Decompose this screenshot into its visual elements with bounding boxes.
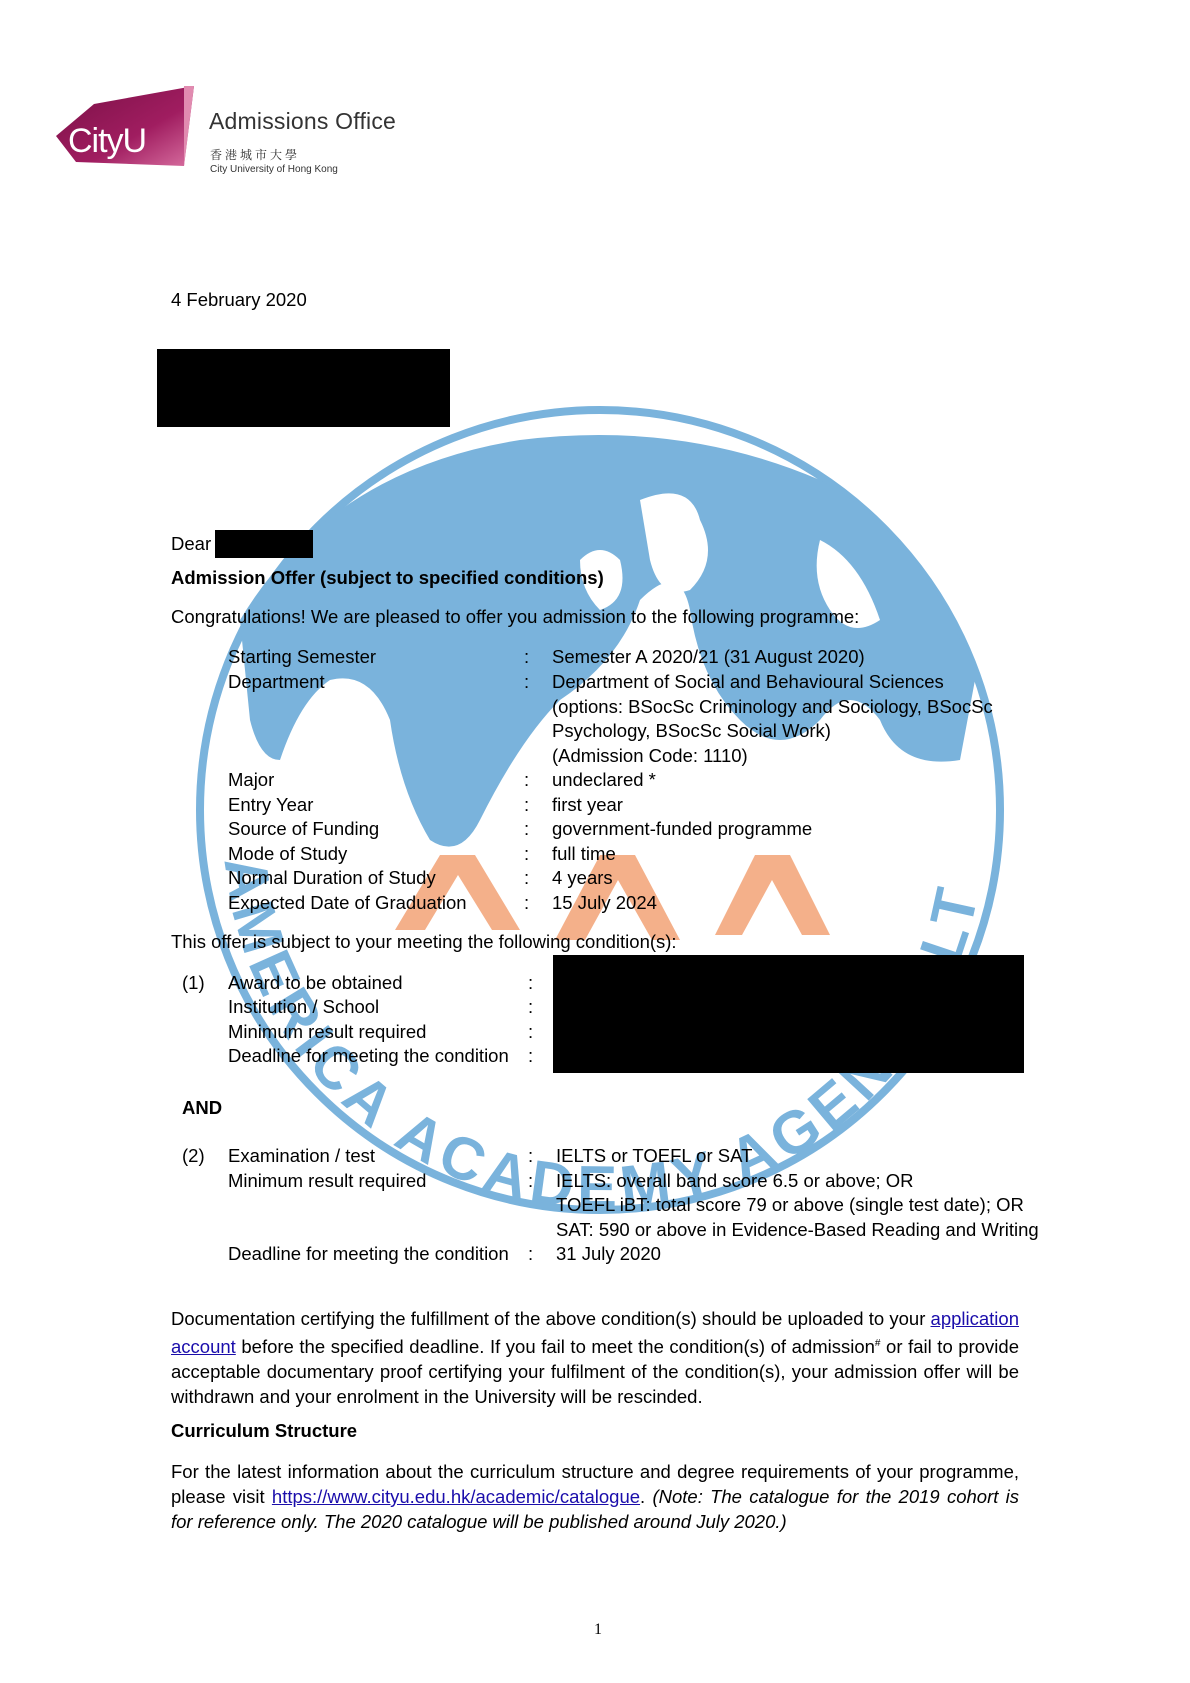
colon: : <box>528 1045 533 1067</box>
condition-label: Examination / test <box>228 1145 375 1167</box>
colon: : <box>524 671 529 693</box>
colon: : <box>528 1021 533 1043</box>
offer-subject: Admission Offer (subject to specified co… <box>171 567 604 589</box>
colon: : <box>528 1243 533 1265</box>
programme-value: 4 years <box>552 867 613 889</box>
redacted-address <box>157 349 450 427</box>
condition-label: Minimum result required <box>228 1170 426 1192</box>
condition-value: IELTS or TOEFL or SAT <box>556 1145 752 1167</box>
programme-value: government-funded programme <box>552 818 812 840</box>
programme-label: Source of Funding <box>228 818 379 840</box>
redacted-condition-values <box>553 955 1024 1073</box>
conditions-intro: This offer is subject to your meeting th… <box>171 931 677 953</box>
programme-label: Starting Semester <box>228 646 376 668</box>
programme-value: undeclared * <box>552 769 656 791</box>
letter-body: 4 February 2020 Dear Admission Offer (su… <box>0 0 1190 1683</box>
colon: : <box>528 972 533 994</box>
offer-intro: Congratulations! We are pleased to offer… <box>171 606 859 628</box>
programme-value: first year <box>552 794 623 816</box>
colon: : <box>524 892 529 914</box>
programme-value: (options: BSocSc Criminology and Sociolo… <box>552 696 993 718</box>
condition-value: IELTS: overall band score 6.5 or above; … <box>556 1170 914 1192</box>
programme-value: Department of Social and Behavioural Sci… <box>552 671 944 693</box>
condition-label: Award to be obtained <box>228 972 403 994</box>
programme-label: Normal Duration of Study <box>228 867 436 889</box>
colon: : <box>528 1170 533 1192</box>
programme-value: Semester A 2020/21 (31 August 2020) <box>552 646 865 668</box>
programme-value: full time <box>552 843 616 865</box>
documentation-text: before the specified deadline. If you fa… <box>236 1336 875 1357</box>
documentation-paragraph: Documentation certifying the fulfillment… <box>171 1306 1019 1409</box>
programme-value: Psychology, BSocSc Social Work) <box>552 720 831 742</box>
and-label: AND <box>182 1097 222 1119</box>
salutation: Dear <box>171 533 211 555</box>
programme-label: Mode of Study <box>228 843 347 865</box>
curriculum-text: . <box>640 1486 652 1507</box>
colon: : <box>528 1145 533 1167</box>
letter-page: AMERICA ACADEMY AGENCY LTD. CityU Admiss… <box>0 0 1190 1683</box>
documentation-text: Documentation certifying the fulfillment… <box>171 1308 931 1329</box>
condition-value: TOEFL iBT: total score 79 or above (sing… <box>556 1194 1024 1216</box>
programme-label: Entry Year <box>228 794 313 816</box>
letter-date: 4 February 2020 <box>171 289 307 311</box>
colon: : <box>524 794 529 816</box>
programme-label: Expected Date of Graduation <box>228 892 467 914</box>
condition-label: Institution / School <box>228 996 379 1018</box>
curriculum-paragraph: For the latest information about the cur… <box>171 1459 1019 1534</box>
condition-number: (2) <box>182 1145 205 1167</box>
colon: : <box>524 818 529 840</box>
curriculum-heading: Curriculum Structure <box>171 1420 357 1442</box>
condition-number: (1) <box>182 972 205 994</box>
condition-label: Deadline for meeting the condition <box>228 1045 509 1067</box>
catalogue-link[interactable]: https://www.cityu.edu.hk/academic/catalo… <box>272 1486 640 1507</box>
condition-value: 31 July 2020 <box>556 1243 661 1265</box>
colon: : <box>524 769 529 791</box>
programme-value: (Admission Code: 1110) <box>552 745 748 767</box>
programme-label: Major <box>228 769 274 791</box>
condition-value: SAT: 590 or above in Evidence-Based Read… <box>556 1219 1039 1241</box>
colon: : <box>524 646 529 668</box>
condition-label: Minimum result required <box>228 1021 426 1043</box>
redacted-name <box>215 530 313 558</box>
colon: : <box>524 843 529 865</box>
colon: : <box>524 867 529 889</box>
page-number: 1 <box>594 1621 602 1639</box>
condition-label: Deadline for meeting the condition <box>228 1243 509 1265</box>
colon: : <box>528 996 533 1018</box>
programme-value: 15 July 2024 <box>552 892 657 914</box>
programme-label: Department <box>228 671 325 693</box>
